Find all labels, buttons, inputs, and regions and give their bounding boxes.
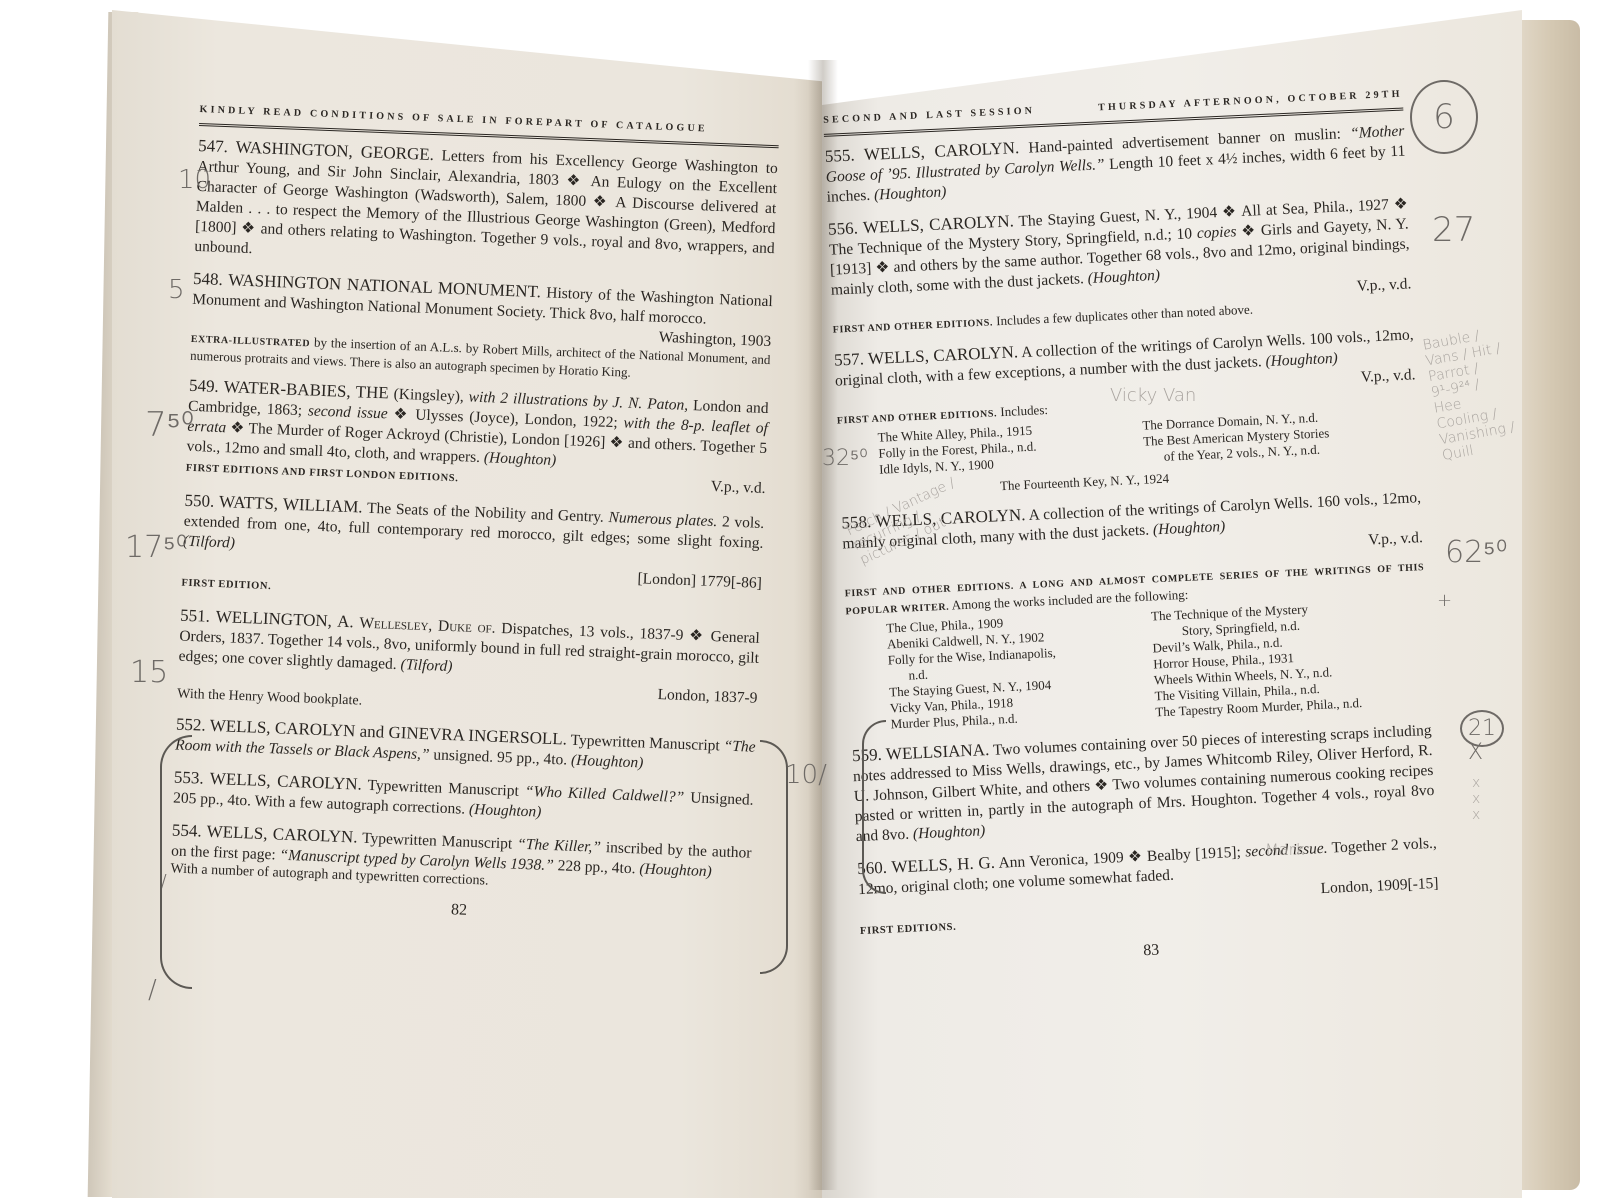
lot-number: 551. <box>180 606 210 626</box>
provenance: (Tilford) <box>183 533 236 552</box>
lot-heading: WELLS, CAROLYN. <box>206 822 358 847</box>
handwritten-price: 17⁵⁰ <box>125 530 188 565</box>
lot-556: 556. WELLS, CAROLYN. The Staying Guest, … <box>828 193 1413 338</box>
lot-547: 547. WASHINGTON, GEORGE. Letters from hi… <box>194 136 778 279</box>
lot-heading: WELLS, CAROLYN. <box>210 769 363 794</box>
handwritten-price: 10 <box>178 165 211 195</box>
lot-heading: WATTS, WILLIAM. <box>219 492 363 516</box>
left-page-content: Kindly read conditions of sale in forepa… <box>169 100 780 932</box>
handwritten-x: X <box>1468 740 1483 765</box>
provenance: (Houghton) <box>874 183 947 203</box>
lot-559: 559. WELLSIANA. Two volumes containing o… <box>852 720 1436 847</box>
lot-heading: WELLS, CAROLYN. <box>863 211 1015 237</box>
provenance: (Houghton) <box>571 752 644 772</box>
handwritten-bracket <box>760 740 788 974</box>
included-titles: The Clue, Phila., 1909 Abeniki Caldwell,… <box>846 596 1430 734</box>
handwritten-note: Mark <box>1265 840 1304 859</box>
lot-number: 550. <box>184 491 214 511</box>
lot-number: 556. <box>828 218 859 238</box>
lot-553: 553. WELLS, CAROLYN. Typewritten Manuscr… <box>173 768 754 831</box>
handwritten-price: 10/ <box>785 760 827 790</box>
lot-560: 560. WELLS, H. G. Ann Veronica, 1909 ❖ B… <box>857 833 1440 942</box>
lot-557: 557. WELLS, CAROLYN. A collection of the… <box>834 324 1420 501</box>
lot-heading: WELLS, CAROLYN. <box>868 342 1019 368</box>
provenance: (Houghton) <box>639 860 712 880</box>
lot-heading: WELLSIANA. <box>885 740 989 764</box>
lot-548: 548. WASHINGTON NATIONAL MONUMENT. Histo… <box>190 269 773 386</box>
provenance: (Houghton) <box>1265 350 1338 370</box>
lot-555: 555. WELLS, CAROLYN. Hand-painted advert… <box>824 121 1406 208</box>
handwritten-x-marks: x x x <box>1472 775 1486 823</box>
handwritten-bracket <box>862 720 886 894</box>
lot-number: 557. <box>834 349 865 369</box>
lot-551: 551. WELLINGTON, A. Wellesley, Duke of. … <box>177 606 760 725</box>
handwritten-price: 32⁵⁰ <box>822 445 868 471</box>
lot-number: 548. <box>193 269 223 289</box>
handwritten-plus: + <box>1437 590 1452 611</box>
lot-number: 549. <box>189 376 219 396</box>
handwritten-price: 27 <box>1432 210 1475 250</box>
handwritten-price: 5 <box>168 275 185 305</box>
lot-heading: WELLS, H. G. <box>891 853 995 877</box>
handwritten-bracket <box>160 735 192 989</box>
handwritten-price: 62⁵⁰ <box>1445 535 1508 570</box>
lot-heading: WATER-BABIES, THE <box>223 377 389 402</box>
lot-554: 554. WELLS, CAROLYN. Typewritten Manuscr… <box>170 820 752 899</box>
lot-heading: WELLINGTON, A. <box>215 607 354 631</box>
place-date: V.p., v.d. <box>710 477 766 501</box>
provenance: (Houghton) <box>913 822 986 842</box>
handwritten-price: 15 <box>130 655 168 690</box>
handwritten-session-circle: 6 <box>1410 80 1478 154</box>
lot-550: 550. WATTS, WILLIAM. The Seats of the No… <box>181 491 765 616</box>
lot-number: 552. <box>176 715 206 735</box>
lot-number: 547. <box>198 136 228 156</box>
provenance: (Houghton) <box>1087 267 1160 287</box>
provenance: (Houghton) <box>469 801 542 821</box>
provenance: (Houghton) <box>484 449 557 469</box>
lot-number: 555. <box>824 146 855 166</box>
provenance: (Houghton) <box>1153 518 1226 538</box>
handwritten-tick: / <box>148 975 157 1005</box>
lot-description: Letters from his Excellency George Washi… <box>194 147 778 257</box>
handwritten-price: 7⁵⁰ <box>145 405 194 445</box>
lot-552: 552. WELLS, CAROLYN and GINEVRA INGERSOL… <box>175 715 756 778</box>
provenance: (Tilford) <box>400 656 453 675</box>
lot-549: 549. WATER-BABIES, THE (Kingsley), with … <box>185 376 769 501</box>
handwritten-note: Vicky Van <box>1110 385 1196 406</box>
